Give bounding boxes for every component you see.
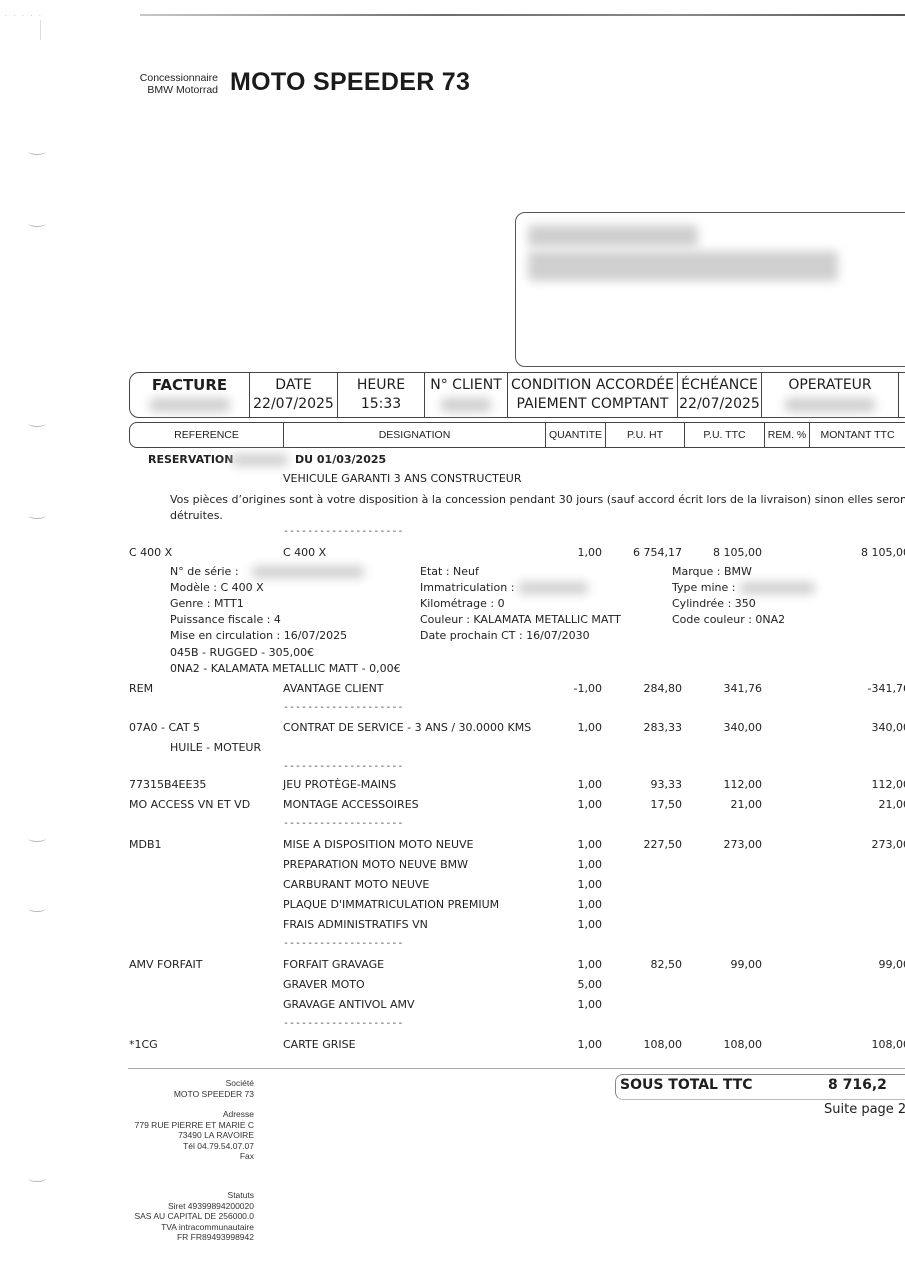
line-qty: 1,00 xyxy=(540,838,602,852)
line-pu-ht: 283,33 xyxy=(610,721,682,735)
line-qty: 1,00 xyxy=(540,998,602,1012)
line-designation: FORFAIT GRAVAGE xyxy=(283,958,384,972)
redacted-serie xyxy=(252,566,364,578)
operateur-label: OPERATEUR xyxy=(762,376,898,395)
date-label: DATE xyxy=(250,376,337,395)
separator: -------------------- xyxy=(283,526,403,537)
facture-cell: FACTURE xyxy=(130,373,250,417)
redacted-client-number xyxy=(441,398,491,412)
vehicle-designation: C 400 X xyxy=(283,546,326,560)
vehicle-option1: 045B - RUGGED - 305,00€ xyxy=(170,646,314,660)
punch-hole-mark xyxy=(28,148,46,155)
invoice-header: FACTURE DATE 22/07/2025 HEURE 15:33 N° C… xyxy=(129,372,905,418)
redacted-invoice-number xyxy=(150,398,230,412)
punch-hole-mark xyxy=(28,420,46,427)
facture-label: FACTURE xyxy=(130,376,249,395)
line-pu-ttc: 108,00 xyxy=(690,1038,762,1052)
telephone: Tél 04.79.54.07.07 xyxy=(120,1141,254,1152)
line-qty: 1,00 xyxy=(540,918,602,932)
footer-rule xyxy=(128,1068,905,1069)
heure-value: 15:33 xyxy=(338,395,424,414)
line-designation: GRAVAGE ANTIVOL AMV xyxy=(283,998,415,1012)
line-pu-ttc: 112,00 xyxy=(690,778,762,792)
separator: -------------------- xyxy=(283,1018,403,1029)
col-designation: DESIGNATION xyxy=(284,423,546,447)
line-ref: MO ACCESS VN ET VD xyxy=(129,798,250,812)
line-qty: 5,00 xyxy=(540,978,602,992)
notice-line1: Vos pièces d’origines sont à votre dispo… xyxy=(170,493,905,507)
vehicle-couleur: Couleur : KALAMATA METALLIC MATT xyxy=(420,613,621,627)
line-ref: 07A0 - CAT 5 xyxy=(129,721,200,735)
line-pu-ht: 108,00 xyxy=(610,1038,682,1052)
condition-cell: CONDITION ACCORDÉE PAIEMENT COMPTANT xyxy=(508,373,678,417)
line-montant: 21,00 xyxy=(810,798,905,812)
tva-label: TVA intracommunautaire xyxy=(120,1222,254,1233)
redacted-operator xyxy=(785,398,875,412)
vehicle-option2: 0NA2 - KALAMATA METALLIC MATT - 0,00€ xyxy=(170,662,401,676)
line-pu-ttc: 341,76 xyxy=(690,682,762,696)
line-montant: 108,00 xyxy=(810,1038,905,1052)
scan-mark xyxy=(40,20,41,40)
siret: Siret 49399894200020 xyxy=(120,1201,254,1212)
column-header-row: REFERENCE DESIGNATION QUANTITE P.U. HT P… xyxy=(129,422,905,448)
punch-hole-mark xyxy=(28,220,46,227)
line-designation: FRAIS ADMINISTRATIFS VN xyxy=(283,918,428,932)
line-designation: AVANTAGE CLIENT xyxy=(283,682,384,696)
echeance-cell: ÉCHÉANCE 22/07/2025 xyxy=(678,373,762,417)
adresse-line2: 73490 LA RAVOIRE xyxy=(120,1130,254,1141)
line-qty: 1,00 xyxy=(540,878,602,892)
line-designation: PREPARATION MOTO NEUVE BMW xyxy=(283,858,468,872)
line-qty: 1,00 xyxy=(540,898,602,912)
garantie-text: VEHICULE GARANTI 3 ANS CONSTRUCTEUR xyxy=(283,472,522,486)
col-pu-ht: P.U. HT xyxy=(606,423,685,447)
line-pu-ht: 227,50 xyxy=(610,838,682,852)
dealer-name: MOTO SPEEDER 73 xyxy=(230,68,470,97)
redacted-type-mine xyxy=(740,582,815,594)
redacted-name xyxy=(528,225,698,247)
vehicle-circulation: Mise en circulation : 16/07/2025 xyxy=(170,629,347,643)
notice-line2: détruites. xyxy=(170,509,223,523)
line-montant: -341,76 xyxy=(810,682,905,696)
col-pu-ttc: P.U. TTC xyxy=(685,423,765,447)
line-qty: 1,00 xyxy=(540,778,602,792)
date-cell: DATE 22/07/2025 xyxy=(250,373,338,417)
subtotal-label: SOUS TOTAL TTC xyxy=(620,1077,753,1093)
capital: SAS AU CAPITAL DE 256000.0 xyxy=(120,1211,254,1222)
col-reference: REFERENCE xyxy=(130,423,284,447)
redacted-immat xyxy=(518,582,588,594)
footer-legal: Statuts Siret 49399894200020 SAS AU CAPI… xyxy=(120,1190,254,1243)
punch-hole-mark xyxy=(28,512,46,519)
punch-hole-mark xyxy=(28,905,46,912)
tva-value: FR FR89493998942 xyxy=(120,1232,254,1243)
separator: -------------------- xyxy=(283,702,403,713)
line-pu-ttc: 273,00 xyxy=(690,838,762,852)
punch-hole-mark xyxy=(28,1175,46,1182)
vehicle-cylindree: Cylindrée : 350 xyxy=(672,597,756,611)
vehicle-pu-ttc: 8 105,00 xyxy=(690,546,762,560)
col-rem: REM. % xyxy=(765,423,810,447)
line-ref: MDB1 xyxy=(129,838,162,852)
vehicle-puissance: Puissance fiscale : 4 xyxy=(170,613,281,627)
societe-value: MOTO SPEEDER 73 xyxy=(120,1089,254,1100)
line-designation: GRAVER MOTO xyxy=(283,978,365,992)
line-qty: 1,00 xyxy=(540,958,602,972)
line-designation: CARTE GRISE xyxy=(283,1038,356,1052)
client-label: N° CLIENT xyxy=(425,376,507,395)
vehicle-montant: 8 105,00 xyxy=(810,546,905,560)
line-ref-detail: HUILE - MOTEUR xyxy=(170,741,261,755)
line-designation: PLAQUE D'IMMATRICULATION PREMIUM xyxy=(283,898,499,912)
line-pu-ht: 17,50 xyxy=(610,798,682,812)
line-qty: 1,00 xyxy=(540,858,602,872)
line-ref: 77315B4EE35 xyxy=(129,778,206,792)
line-ref: AMV FORFAIT xyxy=(129,958,202,972)
line-qty: -1,00 xyxy=(540,682,602,696)
scan-dots: · · · · · xyxy=(5,12,43,20)
vehicle-pu-ht: 6 754,17 xyxy=(610,546,682,560)
col-montant: MONTANT TTC xyxy=(810,423,905,447)
line-montant: 99,00 xyxy=(810,958,905,972)
dealer-subtitle: Concessionnaire BMW Motorrad xyxy=(130,72,218,96)
line-montant: 273,00 xyxy=(810,838,905,852)
continued-note: Suite page 2 xyxy=(824,1102,905,1117)
footer-address: Adresse 779 RUE PIERRE ET MARIE C 73490 … xyxy=(120,1109,254,1162)
vehicle-marque: Marque : BMW xyxy=(672,565,752,579)
line-pu-ttc: 99,00 xyxy=(690,958,762,972)
vehicle-modele: Modèle : C 400 X xyxy=(170,581,264,595)
vehicle-serie: N° de série : xyxy=(170,565,239,579)
dealer-line1: Concessionnaire xyxy=(130,72,218,84)
line-designation: CONTRAT DE SERVICE - 3 ANS / 30.0000 KMS xyxy=(283,721,531,735)
vehicle-km: Kilométrage : 0 xyxy=(420,597,505,611)
customer-address-box xyxy=(515,212,905,367)
separator: -------------------- xyxy=(283,761,403,772)
adresse-line1: 779 RUE PIERRE ET MARIE C xyxy=(120,1120,254,1131)
operateur-cell: OPERATEUR xyxy=(762,373,899,417)
line-designation: JEU PROTÈGE-MAINS xyxy=(283,778,396,792)
line-qty: 1,00 xyxy=(540,798,602,812)
condition-label: CONDITION ACCORDÉE xyxy=(508,376,677,395)
condition-value: PAIEMENT COMPTANT xyxy=(508,395,677,414)
client-cell: N° CLIENT xyxy=(425,373,508,417)
footer-company: Société MOTO SPEEDER 73 xyxy=(120,1078,254,1099)
societe-label: Société xyxy=(120,1078,254,1089)
line-designation: MONTAGE ACCESSOIRES xyxy=(283,798,419,812)
line-montant: 340,00 xyxy=(810,721,905,735)
line-ref: REM xyxy=(129,682,153,696)
vehicle-ct: Date prochain CT : 16/07/2030 xyxy=(420,629,590,643)
heure-label: HEURE xyxy=(338,376,424,395)
reservation-prefix: RESERVATION xyxy=(148,453,233,467)
punch-hole-mark xyxy=(28,835,46,842)
fax: Fax xyxy=(120,1151,254,1162)
line-ref: *1CG xyxy=(129,1038,158,1052)
page-top-rule xyxy=(140,14,905,16)
date-value: 22/07/2025 xyxy=(250,395,337,414)
line-pu-ht: 82,50 xyxy=(610,958,682,972)
line-qty: 1,00 xyxy=(540,1038,602,1052)
separator: -------------------- xyxy=(283,938,403,949)
line-pu-ht: 93,33 xyxy=(610,778,682,792)
line-pu-ht: 284,80 xyxy=(610,682,682,696)
vehicle-ref: C 400 X xyxy=(129,546,172,560)
vehicle-genre: Genre : MTT1 xyxy=(170,597,244,611)
redacted-reservation-number xyxy=(232,454,288,466)
vehicle-etat: Etat : Neuf xyxy=(420,565,479,579)
vehicle-qty: 1,00 xyxy=(540,546,602,560)
statuts-label: Statuts xyxy=(120,1190,254,1201)
line-pu-ttc: 21,00 xyxy=(690,798,762,812)
line-pu-ttc: 340,00 xyxy=(690,721,762,735)
line-designation: CARBURANT MOTO NEUVE xyxy=(283,878,429,892)
line-designation: MISE A DISPOSITION MOTO NEUVE xyxy=(283,838,473,852)
vehicle-type-mine: Type mine : xyxy=(672,581,735,595)
vehicle-code-couleur: Code couleur : 0NA2 xyxy=(672,613,785,627)
col-quantite: QUANTITE xyxy=(546,423,606,447)
echeance-value: 22/07/2025 xyxy=(678,395,761,414)
separator: -------------------- xyxy=(283,818,403,829)
adresse-label: Adresse xyxy=(120,1109,254,1120)
redacted-address xyxy=(528,251,838,281)
echeance-label: ÉCHÉANCE xyxy=(678,376,761,395)
dealer-line2: BMW Motorrad xyxy=(130,84,218,96)
reservation-date: DU 01/03/2025 xyxy=(295,453,386,467)
heure-cell: HEURE 15:33 xyxy=(338,373,425,417)
subtotal-value: 8 716,2 xyxy=(828,1077,887,1093)
line-qty: 1,00 xyxy=(540,721,602,735)
line-montant: 112,00 xyxy=(810,778,905,792)
vehicle-immat: Immatriculation : xyxy=(420,581,514,595)
